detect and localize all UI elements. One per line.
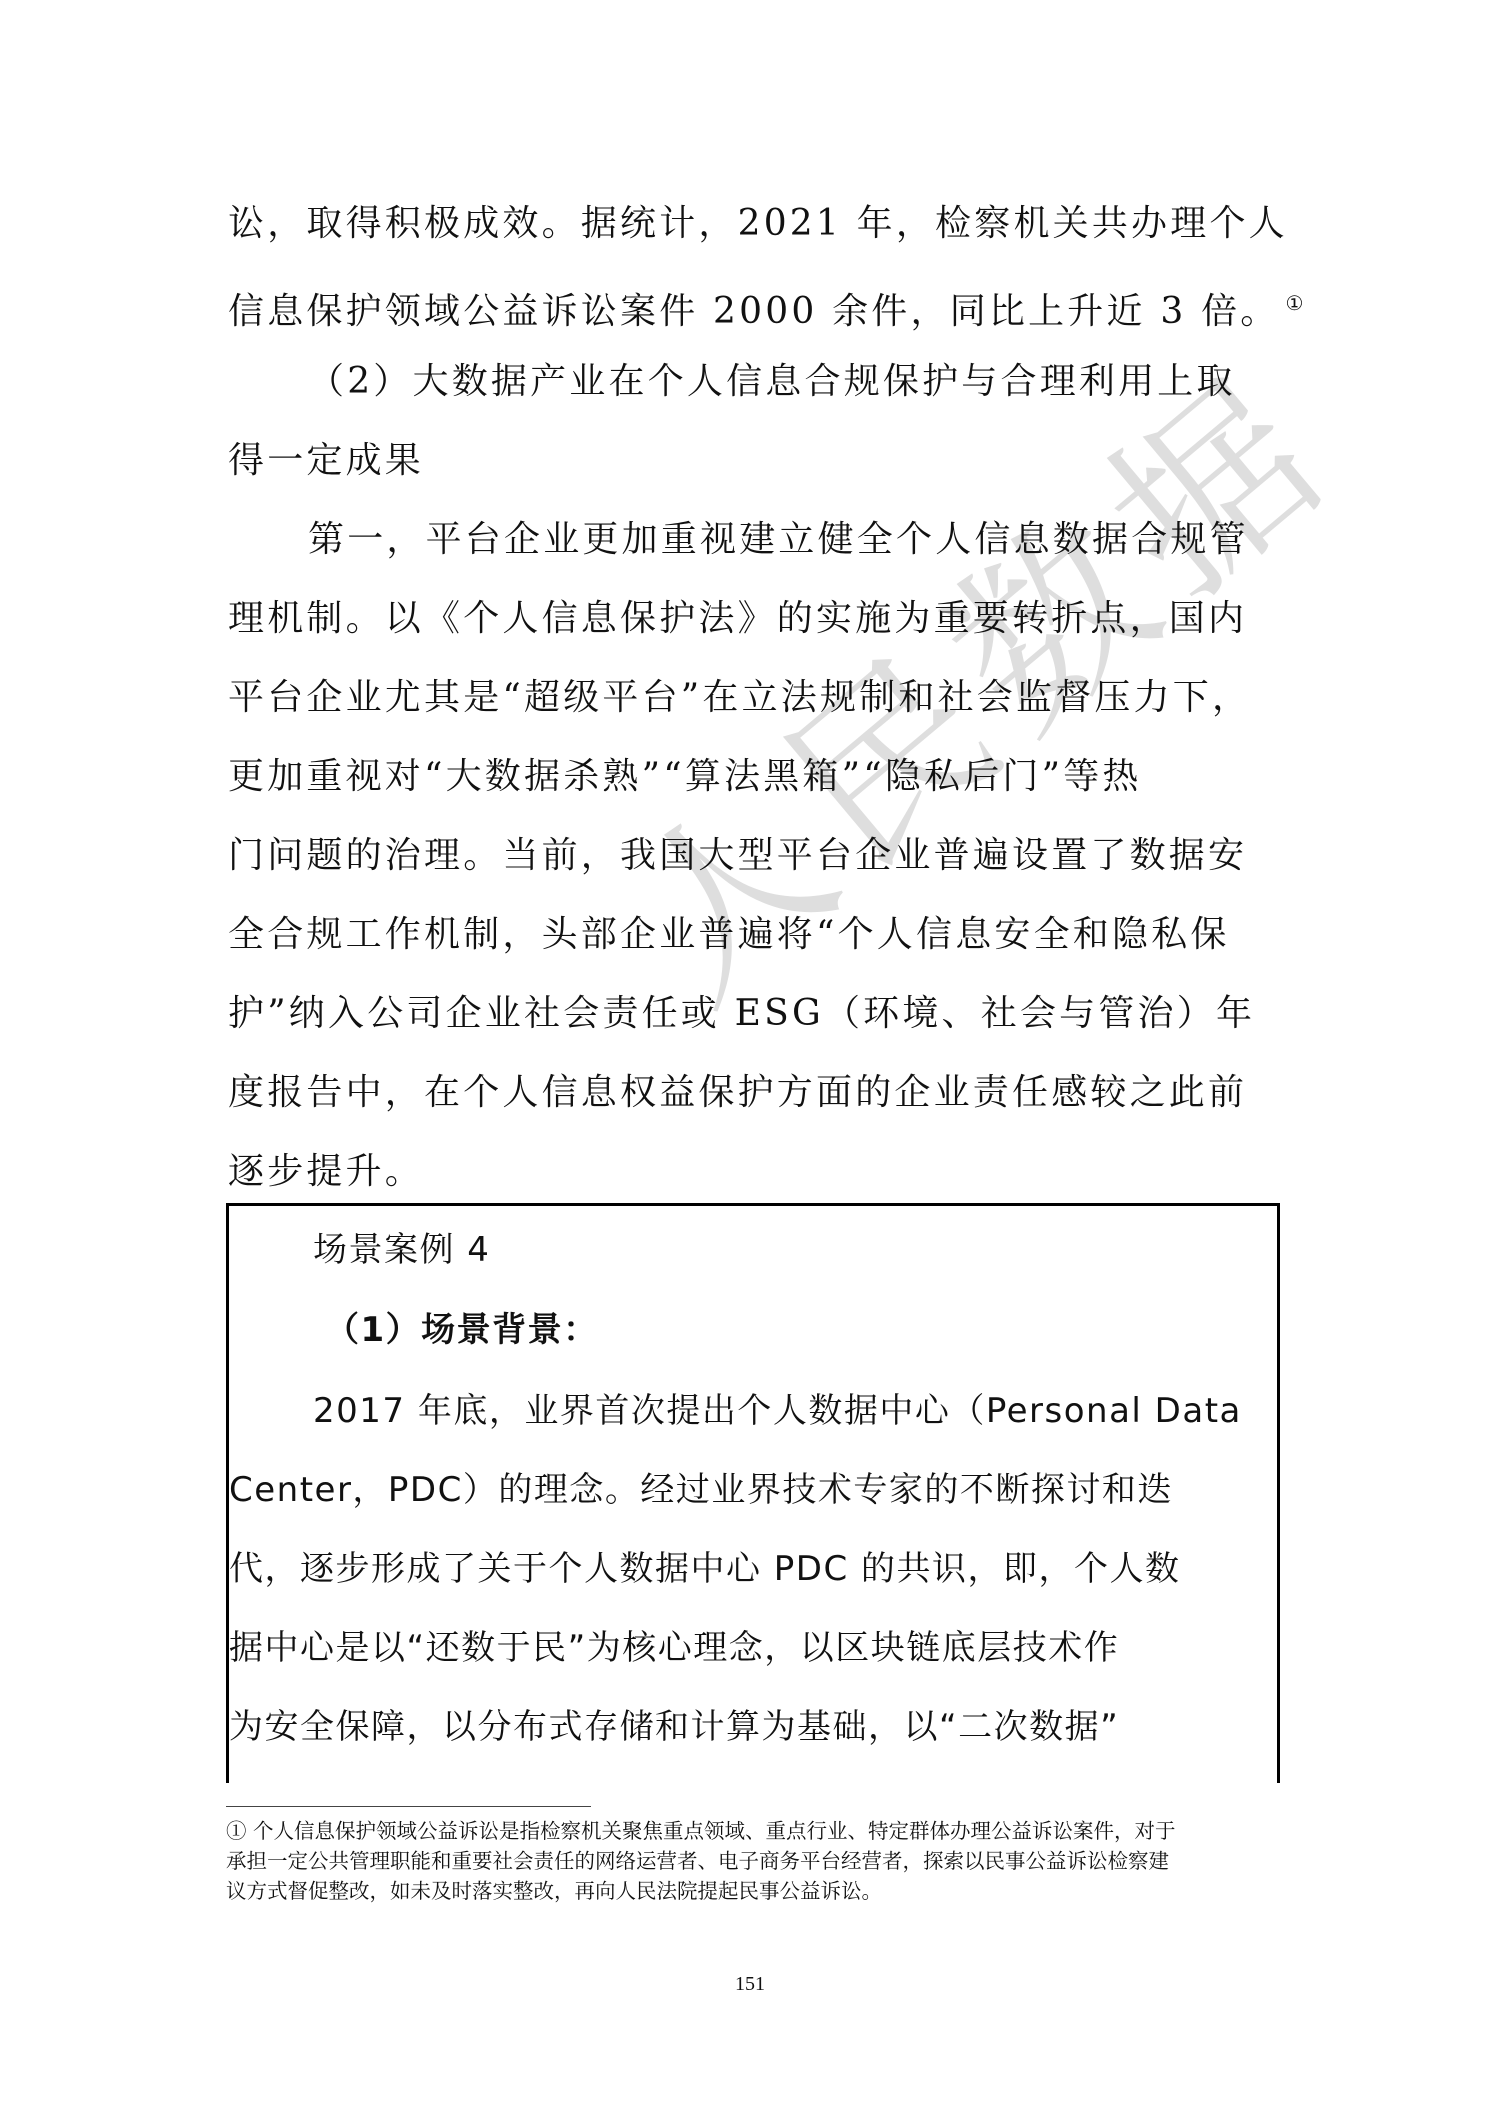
paragraph-line: 度报告中，在个人信息权益保护方面的企业责任感较之此前	[228, 1071, 1280, 1115]
paragraph-line: 更加重视对“大数据杀熟”“算法黑箱”“隐私后门”等热	[228, 755, 1280, 799]
footnote-ref[interactable]: ①	[1286, 291, 1304, 315]
paragraph-line: 门问题的治理。当前，我国大型平台企业普遍设置了数据安	[228, 834, 1280, 878]
paragraph-line: 全合规工作机制，头部企业普遍将“个人信息安全和隐私保	[228, 913, 1280, 957]
case-line: 2017 年底，业界首次提出个人数据中心（Personal Data	[313, 1389, 1242, 1433]
footnote-line: 承担一定公共管理职能和重要社会责任的网络运营者、电子商务平台经营者，探索以民事公…	[226, 1846, 1286, 1876]
case-line: 为安全保障，以分布式存储和计算为基础，以“二次数据”	[229, 1705, 1119, 1749]
paragraph-line: 第一，平台企业更加重视建立健全个人信息数据合规管	[308, 518, 1280, 562]
footnote-line: 议方式督促整改，如未及时落实整改，再向人民法院提起民事公益诉讼。	[226, 1876, 1286, 1906]
paragraph-line: 讼，取得积极成效。据统计，2021 年，检察机关共办理个人	[228, 202, 1280, 246]
footnote-divider	[226, 1806, 591, 1807]
paragraph-line: 信息保护领域公益诉讼案件 2000 余件，同比上升近 3 倍。①	[228, 281, 1280, 334]
paragraph-line: 逐步提升。	[228, 1150, 1280, 1194]
paragraph-line: 平台企业尤其是“超级平台”在立法规制和社会监督压力下，	[228, 676, 1280, 720]
section-heading-line: 得一定成果	[228, 439, 1280, 483]
case-title: 场景案例 4	[313, 1228, 490, 1272]
section-heading-line: （2）大数据产业在个人信息合规保护与合理利用上取	[308, 360, 1280, 404]
line-text: 信息保护领域公益诉讼案件 2000 余件，同比上升近 3 倍。	[228, 291, 1280, 332]
paragraph-line: 理机制。以《个人信息保护法》的实施为重要转折点，国内	[228, 597, 1280, 641]
document-page: 人民数据 讼，取得积极成效。据统计，2021 年，检察机关共办理个人 信息保护领…	[0, 0, 1500, 2121]
page-number: 151	[0, 1973, 1500, 1996]
case-line: 代，逐步形成了关于个人数据中心 PDC 的共识，即，个人数	[229, 1547, 1181, 1591]
case-line: 据中心是以“还数于民”为核心理念，以区块链底层技术作	[229, 1626, 1119, 1670]
case-subtitle: （1）场景背景：	[325, 1308, 599, 1352]
footnote-line: ① 个人信息保护领域公益诉讼是指检察机关聚焦重点领域、重点行业、特定群体办理公益…	[226, 1816, 1286, 1846]
paragraph-line: 护”纳入公司企业社会责任或 ESG（环境、社会与管治）年	[228, 992, 1280, 1036]
case-line: Center，PDC）的理念。经过业界技术专家的不断探讨和迭	[229, 1468, 1173, 1512]
case-box: 场景案例 4 （1）场景背景： 2017 年底，业界首次提出个人数据中心（Per…	[226, 1203, 1280, 1783]
